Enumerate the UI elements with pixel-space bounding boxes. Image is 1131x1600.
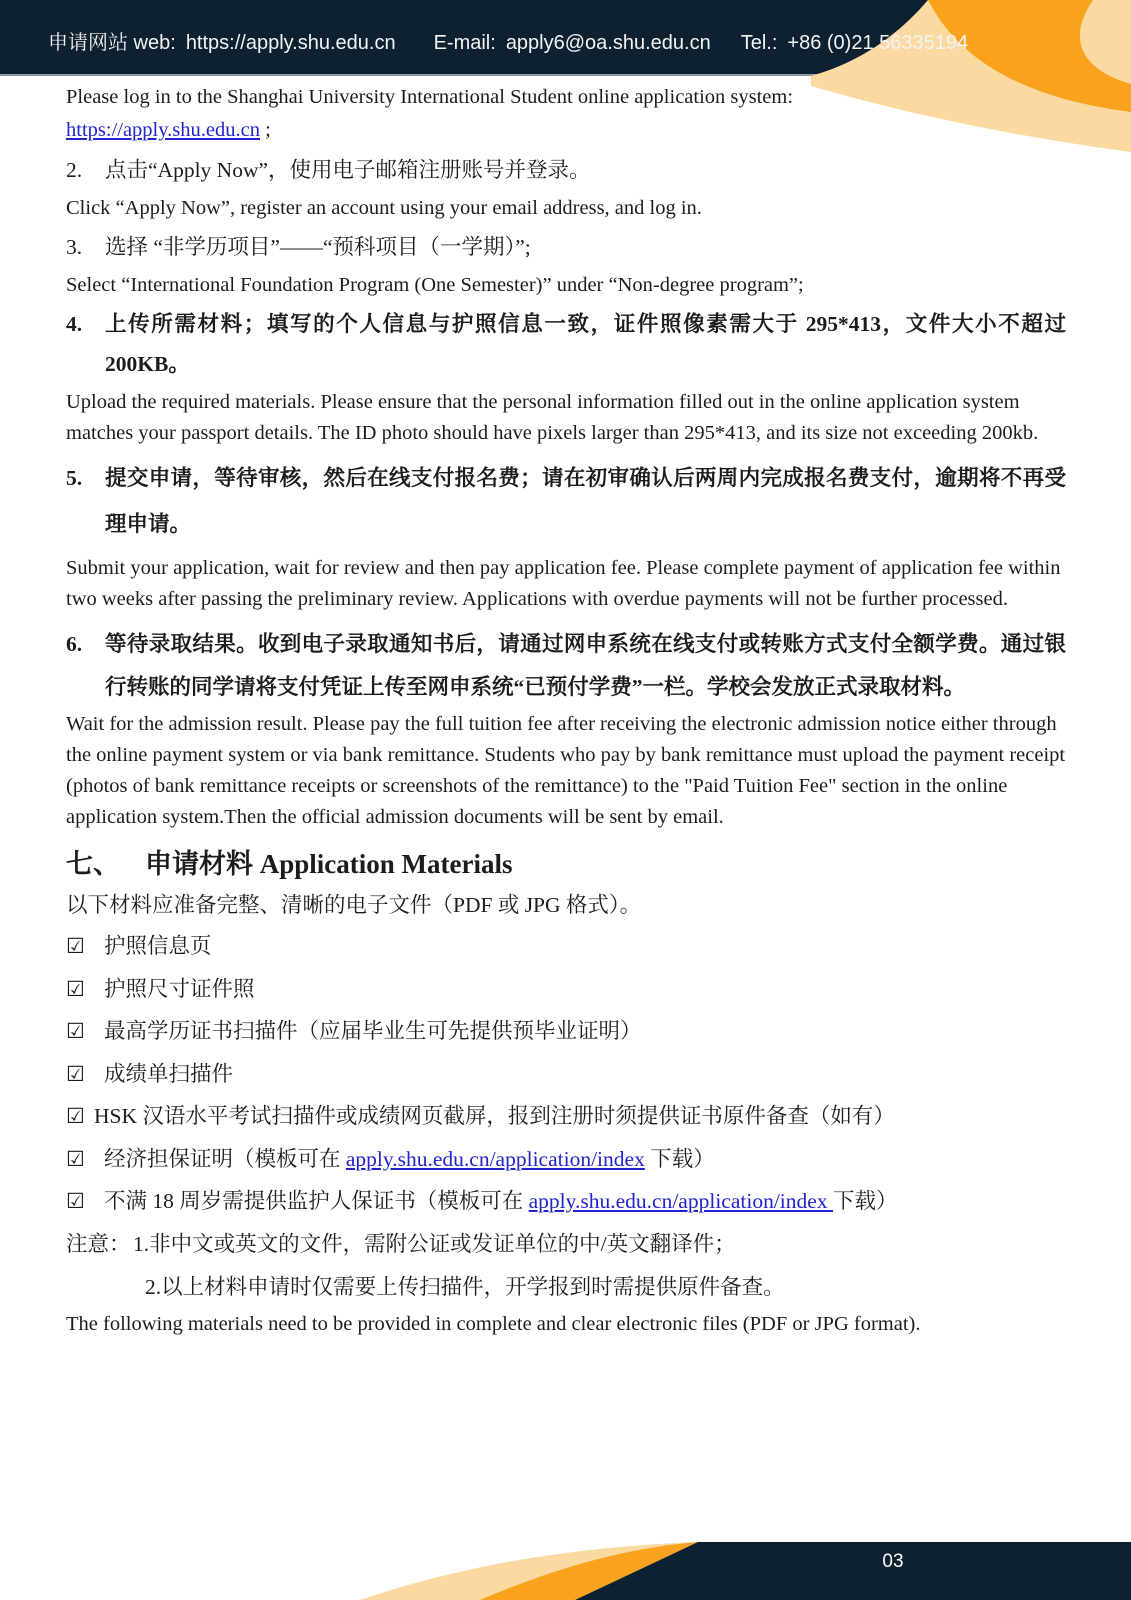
step-2-text-en: Click “Apply Now”, register an account u…: [66, 193, 1066, 224]
checklist-item-suffix: 下载）: [833, 1189, 898, 1213]
checklist-item: ☑ HSK 汉语水平考试扫描件或成绩网页截屏，报到注册时须提供证书原件备查（如有…: [66, 1095, 1066, 1138]
apply-system-link[interactable]: https://apply.shu.edu.cn: [66, 119, 260, 141]
checklist-item: ☑ 成绩单扫描件: [66, 1053, 1066, 1096]
step-5-text-en: Submit your application, wait for review…: [66, 553, 1066, 615]
materials-intro-zh: 以下材料应准备完整、清晰的电子文件（PDF 或 JPG 格式）。: [66, 885, 1066, 925]
footer-decoration: [330, 1540, 1131, 1600]
step-4-zh: 4. 上传所需材料；填写的个人信息与护照信息一致，证件照像素需大于 295*41…: [66, 304, 1066, 384]
step-4-text-en: Upload the required materials. Please en…: [66, 387, 1066, 449]
step-5-number: 5.: [66, 455, 105, 547]
step-6-number: 6.: [66, 623, 105, 709]
checkbox-checked-icon: ☑: [66, 1010, 104, 1053]
step-6-text-zh: 等待录取结果。收到电子录取通知书后，请通过网申系统在线支付或转账方式支付全额学费…: [105, 623, 1066, 709]
step-4-text-zh: 上传所需材料；填写的个人信息与护照信息一致，证件照像素需大于 295*413，文…: [105, 304, 1066, 384]
step-3-text-zh: 选择 “非学历项目”——“预科项目（一学期）”;: [105, 227, 1066, 267]
header-email-address[interactable]: apply6@oa.shu.edu.cn: [506, 32, 711, 55]
intro-link-suffix: ;: [260, 119, 271, 141]
checkbox-checked-icon: ☑: [66, 1095, 94, 1138]
checklist-item: ☑ 经济担保证明（模板可在 apply.shu.edu.cn/applicati…: [66, 1138, 1066, 1181]
step-6-text-en: Wait for the admission result. Please pa…: [66, 709, 1066, 833]
checklist-item-text: 护照信息页: [104, 925, 1066, 968]
checklist-item-prefix: 经济担保证明（模板可在: [104, 1147, 346, 1171]
notes-row: 注意： 1.非中文或英文的文件，需附公证或发证单位的中/英文翻译件；: [66, 1223, 1066, 1266]
checklist-item-prefix: 不满 18 周岁需提供监护人保证书（模板可在: [104, 1189, 529, 1213]
checkbox-checked-icon: ☑: [66, 1053, 104, 1096]
step-3-number: 3.: [66, 227, 105, 267]
checklist-item: ☑ 不满 18 周岁需提供监护人保证书（模板可在 apply.shu.edu.c…: [66, 1180, 1066, 1223]
header-site-label: 申请网站 web:: [48, 26, 176, 55]
header-tel-label: Tel.:: [741, 32, 778, 55]
notes-label: 注意：: [66, 1223, 133, 1266]
checklist-item: ☑ 最高学历证书扫描件（应届毕业生可先提供预毕业证明）: [66, 1010, 1066, 1053]
checklist-item: ☑ 护照信息页: [66, 925, 1066, 968]
header-email-label: E-mail:: [434, 32, 496, 55]
template-download-link[interactable]: apply.shu.edu.cn/application/index: [346, 1147, 645, 1171]
section-heading: 七、 申请材料 Application Materials: [66, 843, 1066, 885]
checklist-item-text: HSK 汉语水平考试扫描件或成绩网页截屏，报到注册时须提供证书原件备查（如有）: [94, 1095, 1066, 1138]
template-download-link[interactable]: apply.shu.edu.cn/application/index: [529, 1189, 833, 1213]
header-contact-row: 申请网站 web: https://apply.shu.edu.cn E-mai…: [48, 26, 968, 55]
checklist-item-text: 经济担保证明（模板可在 apply.shu.edu.cn/application…: [104, 1138, 1066, 1181]
step-3-zh: 3. 选择 “非学历项目”——“预科项目（一学期）”;: [66, 227, 1066, 267]
step-6-zh: 6. 等待录取结果。收到电子录取通知书后，请通过网申系统在线支付或转账方式支付全…: [66, 623, 1066, 709]
note-item-1: 1.非中文或英文的文件，需附公证或发证单位的中/英文翻译件；: [133, 1223, 736, 1266]
checklist-item-text: 最高学历证书扫描件（应届毕业生可先提供预毕业证明）: [104, 1010, 1066, 1053]
checklist-item-text: 不满 18 周岁需提供监护人保证书（模板可在 apply.shu.edu.cn/…: [104, 1180, 1066, 1223]
checklist-item-suffix: 下载）: [645, 1147, 715, 1171]
step-4-number: 4.: [66, 304, 105, 384]
checklist-item: ☑ 护照尺寸证件照: [66, 968, 1066, 1011]
step-5-text-zh: 提交申请，等待审核，然后在线支付报名费；请在初审确认后两周内完成报名费支付，逾期…: [105, 455, 1066, 547]
checkbox-checked-icon: ☑: [66, 968, 104, 1011]
step-5-zh: 5. 提交申请，等待审核，然后在线支付报名费；请在初审确认后两周内完成报名费支付…: [66, 455, 1066, 547]
section-heading-number: 七、: [66, 843, 145, 885]
checkbox-checked-icon: ☑: [66, 1180, 104, 1223]
page-number: 03: [863, 1551, 923, 1573]
note-item-2: 2.以上材料申请时仅需要上传扫描件，开学报到时需提供原件备查。: [145, 1266, 1066, 1309]
header-bar: 申请网站 web: https://apply.shu.edu.cn E-mai…: [0, 0, 1131, 76]
header-tel-number: +86 (0)21 56335194: [787, 32, 968, 55]
checkbox-checked-icon: ☑: [66, 1138, 104, 1181]
section-heading-title: 申请材料 Application Materials: [145, 843, 512, 885]
step-2-number: 2.: [66, 150, 105, 190]
header-site-url[interactable]: https://apply.shu.edu.cn: [186, 32, 396, 55]
checklist-item-text: 成绩单扫描件: [104, 1053, 1066, 1096]
materials-outro-en: The following materials need to be provi…: [66, 1309, 1066, 1340]
checklist-item-text: 护照尺寸证件照: [104, 968, 1066, 1011]
step-3-text-en: Select “International Foundation Program…: [66, 270, 1066, 301]
document-body: Please log in to the Shanghai University…: [66, 76, 1066, 1340]
checkbox-checked-icon: ☑: [66, 925, 104, 968]
